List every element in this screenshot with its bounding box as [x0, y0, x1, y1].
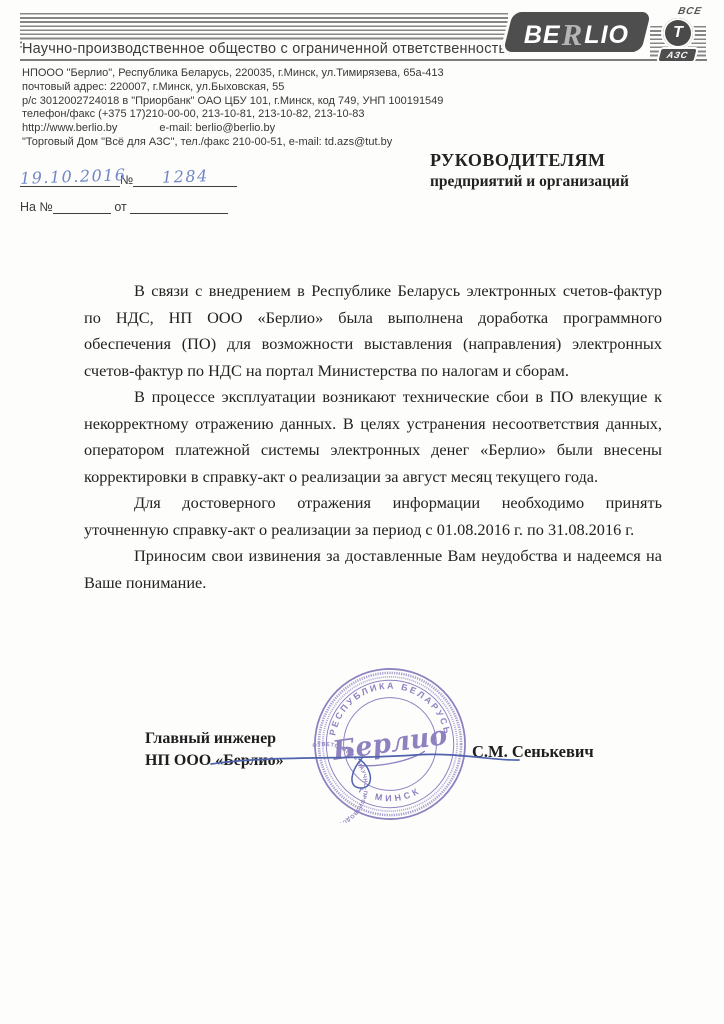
- recipient-title: РУКОВОДИТЕЛЯМ: [430, 150, 629, 171]
- number-underline: 1284: [133, 169, 237, 187]
- reply-prefix-label: На №: [20, 200, 53, 214]
- badge-td-circle-icon: Т: [663, 18, 693, 48]
- logo-letters-post: LIO: [585, 23, 630, 48]
- body-paragraph: В связи с внедрением в Республике Белару…: [84, 278, 662, 384]
- logo-letters-pre: BE: [524, 23, 561, 48]
- address-line: почтовый адрес: 220007, г.Минск, ул.Быхо…: [22, 81, 444, 95]
- badge-azs-label: АЗС: [659, 49, 697, 61]
- address-line: НПООО "Берлио", Республика Беларусь, 220…: [22, 67, 444, 81]
- pen-signature: [205, 740, 525, 800]
- body-paragraph: Для достоверного отражения информации не…: [84, 490, 662, 543]
- badge-td-letter: Т: [673, 25, 683, 41]
- recipient-subtitle: предприятий и организаций: [430, 173, 629, 191]
- handwritten-date: 19.10.2016: [20, 167, 127, 188]
- trade-house-line: "Торговый Дом "Всё для АЗС", тел./факс 2…: [22, 136, 392, 148]
- reply-date-underline: [130, 213, 228, 214]
- body-paragraph: Приносим свои извинения за доставленные …: [84, 543, 662, 596]
- org-type-title: Научно-производственное общество с огран…: [22, 41, 525, 57]
- ref-block: 19.10.2016№1284 На № от: [20, 160, 237, 214]
- badge-vse-label: ВСЕ: [677, 6, 703, 17]
- email-address: e-mail: berlio@berlio.by: [159, 122, 275, 136]
- azs-badge: ВСЕ Т АЗС: [650, 6, 706, 64]
- address-block: НПООО "Берлио", Республика Беларусь, 220…: [22, 67, 444, 136]
- recipient-block: РУКОВОДИТЕЛЯМ предприятий и организаций: [430, 150, 629, 191]
- handwritten-number: 1284: [162, 168, 209, 187]
- ref-row-incoming: На № от: [20, 187, 237, 214]
- ref-row-outgoing: 19.10.2016№1284: [20, 160, 237, 187]
- company-logo: BERLIO ВСЕ Т АЗС: [508, 6, 708, 64]
- letter-body: В связи с внедрением в Республике Белару…: [84, 278, 662, 596]
- address-line: р/с 3012002724018 в "Приорбанк" ОАО ЦБУ …: [22, 95, 444, 109]
- address-line: телефон/факс (+375 17)210-00-00, 213-10-…: [22, 108, 444, 122]
- scanned-letter-page: BERLIO ВСЕ Т АЗС Научно-производственное…: [0, 0, 724, 1024]
- date-underline: 19.10.2016: [20, 169, 120, 187]
- berlio-logo-plate: BERLIO: [503, 12, 651, 52]
- website-link: http://www.berlio.by: [22, 122, 117, 136]
- berlio-logo-text: BERLIO: [524, 17, 629, 48]
- reply-from-label: от: [114, 200, 126, 214]
- logo-letter-r: R: [562, 19, 584, 50]
- body-paragraph: В процессе эксплуатации возникают технич…: [84, 384, 662, 490]
- reply-number-underline: [53, 213, 111, 214]
